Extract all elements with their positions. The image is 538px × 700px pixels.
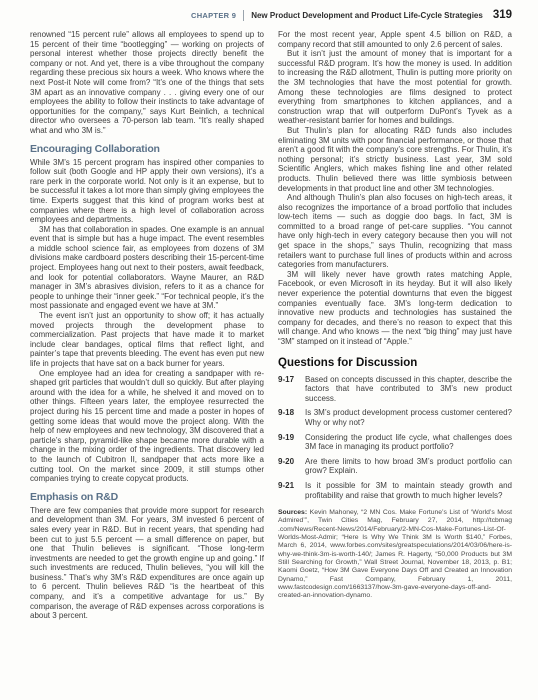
running-head-title: New Product Development and Product Life… [251,11,483,20]
header-divider [243,10,244,21]
page-number: 319 [493,9,512,21]
sources-label: Sources: [278,509,307,516]
question-text: Are there limits to how broad 3M’s produ… [305,457,512,476]
questions-heading: Questions for Discussion [278,357,512,369]
paragraph: But Thulin’s plan for allocating R&D fun… [278,126,512,193]
question-number: 9-21 [278,481,298,500]
question-item: 9-21 Is it possible for 3M to maintain s… [278,481,512,500]
paragraph: While 3M’s 15 percent program has inspir… [30,158,264,225]
question-item: 9-20 Are there limits to how broad 3M’s … [278,457,512,476]
question-number: 9-19 [278,433,298,452]
chapter-label: CHAPTER 9 [191,11,236,20]
paragraph: The event isn’t just an opportunity to s… [30,311,264,369]
question-item: 9-19 Considering the product life cycle,… [278,433,512,452]
paragraph: 3M will likely never have growth rates m… [278,270,512,347]
right-column: For the most recent year, Apple spent 4.… [278,30,512,621]
section-heading-rd: Emphasis on R&D [30,492,264,503]
paragraph: And although Thulin’s plan also focuses … [278,193,512,270]
question-text: Based on concepts discussed in this chap… [305,375,512,404]
paragraph: renowned “15 percent rule” allows all em… [30,30,264,136]
question-text: Is 3M’s product development process cust… [305,408,512,427]
paragraph: But it isn’t just the amount of money th… [278,49,512,126]
question-number: 9-20 [278,457,298,476]
sources-text: Kevin Mahoney, “2 MN Cos. Make Fortune’s… [278,509,512,599]
book-page: CHAPTER 9 New Product Development and Pr… [0,0,538,700]
question-item: 9-18 Is 3M’s product development process… [278,408,512,427]
paragraph: There are few companies that provide mor… [30,506,264,621]
sources-note: Sources: Kevin Mahoney, “2 MN Cos. Make … [278,509,512,600]
two-column-layout: renowned “15 percent rule” allows all em… [30,30,512,621]
page-header: CHAPTER 9 New Product Development and Pr… [30,9,512,21]
question-number: 9-18 [278,408,298,427]
paragraph: For the most recent year, Apple spent 4.… [278,30,512,49]
paragraph: 3M has that collaboration in spades. One… [30,225,264,311]
section-heading-collaboration: Encouraging Collaboration [30,144,264,155]
paragraph: One employee had an idea for creating a … [30,369,264,484]
question-text: Is it possible for 3M to maintain steady… [305,481,512,500]
question-number: 9-17 [278,375,298,404]
question-text: Considering the product life cycle, what… [305,433,512,452]
question-item: 9-17 Based on concepts discussed in this… [278,375,512,404]
left-column: renowned “15 percent rule” allows all em… [30,30,264,621]
